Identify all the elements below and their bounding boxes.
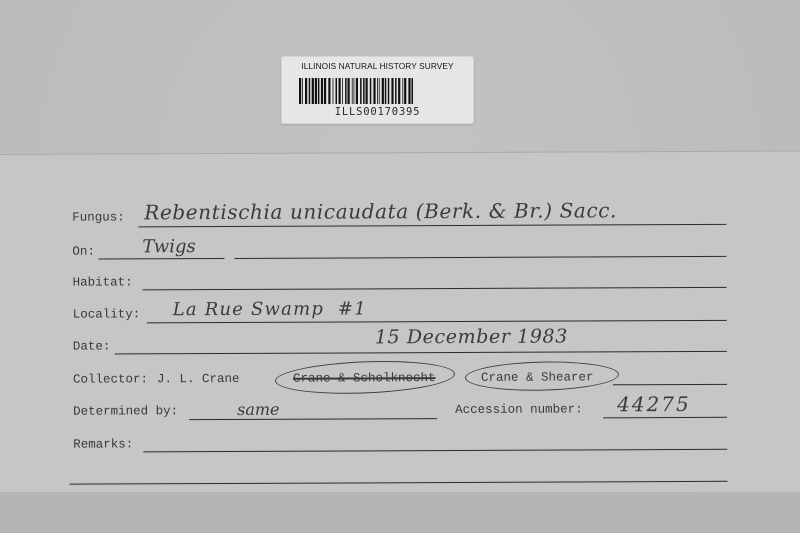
collector-label: Collector: bbox=[73, 372, 148, 386]
remarks-line-1 bbox=[143, 449, 727, 453]
fungus-value: Rebentischia unicaudata (Berk. & Br.) Sa… bbox=[144, 198, 617, 224]
locality-line bbox=[147, 320, 727, 324]
field-determined-by: Determined by: same Accession number: 44… bbox=[0, 398, 797, 425]
date-label: Date: bbox=[73, 340, 111, 354]
locality-label: Locality: bbox=[73, 307, 141, 321]
field-collector: Collector: J. L. Crane Crane & Scholknec… bbox=[0, 366, 797, 393]
collector-option-struck: Crane & Scholknecht bbox=[293, 371, 436, 386]
remarks-label: Remarks: bbox=[73, 437, 133, 451]
collector-option-circled: Crane & Shearer bbox=[481, 370, 594, 384]
institution-name: ILLINOIS NATURAL HISTORY SURVEY bbox=[281, 61, 474, 71]
on-line-b bbox=[234, 256, 726, 259]
field-habitat: Habitat: bbox=[0, 269, 797, 296]
habitat-line bbox=[143, 287, 727, 291]
date-line bbox=[115, 351, 727, 355]
barcode-label: ILLINOIS NATURAL HISTORY SURVEY ILLS0017… bbox=[281, 56, 474, 124]
habitat-label: Habitat: bbox=[73, 275, 133, 289]
remarks-line-2 bbox=[69, 481, 727, 485]
date-value: 15 December 1983 bbox=[375, 326, 568, 349]
accession-number-value: 44275 bbox=[617, 392, 691, 416]
remarks-continuation bbox=[0, 465, 797, 492]
on-line-a bbox=[98, 258, 224, 260]
accession-number-line bbox=[603, 417, 727, 419]
barcode-icon bbox=[299, 78, 457, 104]
collector-line bbox=[613, 384, 727, 385]
card-bottom-edge bbox=[0, 492, 800, 533]
field-on: On: Twigs bbox=[0, 238, 796, 265]
fungus-line bbox=[138, 224, 726, 228]
collector-printed-value: J. L. Crane bbox=[157, 372, 240, 386]
field-fungus: Fungus: Rebentischia unicaudata (Berk. &… bbox=[0, 204, 796, 231]
on-value: Twigs bbox=[142, 236, 195, 257]
on-label: On: bbox=[72, 245, 95, 259]
fungus-label: Fungus: bbox=[72, 210, 125, 224]
catalog-number: ILLS00170395 bbox=[281, 106, 474, 118]
field-date: Date: 15 December 1983 bbox=[0, 333, 797, 360]
field-remarks: Remarks: bbox=[0, 431, 797, 458]
determined-by-line bbox=[189, 418, 437, 420]
accession-number-label: Accession number: bbox=[455, 402, 583, 417]
determined-by-label: Determined by: bbox=[73, 404, 178, 418]
specimen-card: Fungus: Rebentischia unicaudata (Berk. &… bbox=[0, 151, 800, 495]
determined-by-value: same bbox=[237, 400, 279, 419]
locality-value: La Rue Swamp #1 bbox=[173, 298, 367, 320]
field-locality: Locality: La Rue Swamp #1 bbox=[0, 301, 797, 328]
